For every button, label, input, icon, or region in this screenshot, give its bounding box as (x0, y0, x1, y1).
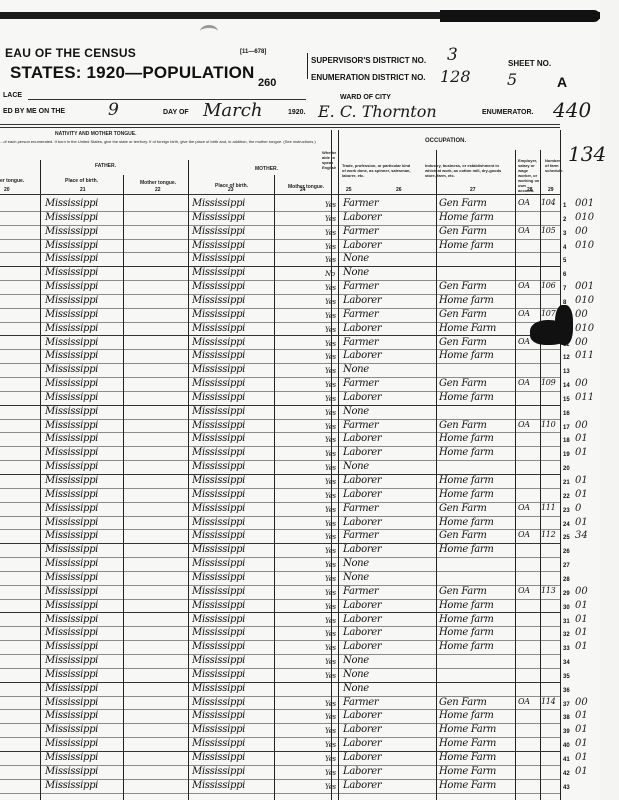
scan-edge-shadow (440, 10, 600, 22)
occupation-trade: Laborer (343, 614, 381, 625)
page-title: STATES: 1920—POPULATION (10, 63, 255, 83)
column-number: 28 (527, 187, 533, 193)
header-bottom-rule (0, 194, 560, 195)
mother-birthplace: Mississippi (192, 752, 245, 763)
line-number: 37 (563, 702, 570, 708)
speaks-english: Yes (325, 533, 336, 541)
father-birthplace: Mississippi (45, 600, 98, 611)
occupation-trade: Laborer (343, 433, 381, 444)
father-birthplace: Mississippi (45, 461, 98, 472)
father-label: FATHER. (95, 163, 116, 169)
speaks-english: Yes (325, 755, 336, 763)
mother-birthplace: Mississippi (192, 323, 245, 334)
occupation-trade: Laborer (343, 600, 381, 611)
occupation-trade: Farmer (343, 281, 378, 292)
header-rule (0, 124, 560, 125)
table-row: MississippiMississippiYesNone13 (0, 364, 600, 378)
line-number: 25 (563, 535, 570, 541)
father-birthplace: Mississippi (45, 517, 98, 528)
speaks-english: Yes (325, 478, 336, 486)
speaks-english: Yes (325, 284, 336, 292)
form-number: [11—678] (240, 49, 266, 55)
table-row: MississippiMississippiYesFarmerGen FarmO… (0, 337, 600, 351)
table-row: MississippiMississippiYesLaborerHome far… (0, 350, 600, 364)
ink-blot (555, 305, 573, 345)
occupation-trade: Farmer (343, 530, 378, 541)
occupation-code: 01 (575, 614, 588, 625)
line-number: 33 (563, 646, 570, 652)
occupation-industry: Home farm (439, 447, 494, 458)
table-row: MississippiMississippiNone36 (0, 683, 600, 697)
mother-tongue-partial: er tongue. (0, 178, 24, 184)
mother-birthplace: Mississippi (192, 544, 245, 555)
line-number: 43 (563, 785, 570, 791)
occupation-trade: Laborer (343, 780, 381, 791)
speaks-english: Yes (325, 464, 336, 472)
speaks-english: Yes (325, 215, 336, 223)
father-birthplace: Mississippi (45, 683, 98, 694)
employment-class: OA (518, 281, 530, 290)
speaks-english: Yes (325, 367, 336, 375)
father-birthplace: Mississippi (45, 323, 98, 334)
column-number: 26 (396, 187, 402, 193)
mother-birthplace: Mississippi (192, 586, 245, 597)
farm-schedule-number: 107 (541, 309, 555, 318)
occupation-trade: Laborer (343, 641, 381, 652)
speaks-english: Yes (325, 727, 336, 735)
occupation-industry: Home farm (439, 392, 494, 403)
table-row: MississippiMississippiYesLaborerHome far… (0, 600, 600, 614)
supervisor-district-label: SUPERVISOR'S DISTRICT NO. (311, 56, 426, 65)
speaks-english: Yes (325, 713, 336, 721)
occupation-industry: Gen Farm (439, 420, 487, 431)
mother-birthplace: Mississippi (192, 530, 245, 541)
mother-birthplace: Mississippi (192, 738, 245, 749)
occupation-industry: Gen Farm (439, 198, 487, 209)
table-row: MississippiMississippiYesFarmerGen FarmO… (0, 503, 600, 517)
table-row: MississippiMississippiYesNone20 (0, 461, 600, 475)
line-number: 3 (563, 231, 566, 237)
speaks-english: Yes (325, 381, 336, 389)
line-number: 41 (563, 757, 570, 763)
binding-hole (200, 25, 218, 38)
employment-class: OA (518, 503, 530, 512)
father-birthplace: Mississippi (45, 378, 98, 389)
column-number: 21 (80, 187, 86, 193)
occupation-industry: Gen Farm (439, 281, 487, 292)
father-birthplace: Mississippi (45, 641, 98, 652)
speaks-english: Yes (325, 229, 336, 237)
table-row: MississippiMississippiYesLaborerHome far… (0, 212, 600, 226)
census-sheet: EAU OF THE CENSUS [11—678] STATES: 1920—… (0, 0, 600, 800)
father-birthplace: Mississippi (45, 433, 98, 444)
father-birthplace: Mississippi (45, 655, 98, 666)
enumerator-label: ENUMERATOR. (482, 109, 533, 116)
mother-birthplace: Mississippi (192, 253, 245, 264)
occupation-trade: Farmer (343, 378, 378, 389)
line-number: 16 (563, 411, 570, 417)
occupation-trade: Farmer (343, 503, 378, 514)
mother-birthplace: Mississippi (192, 600, 245, 611)
mother-birthplace: Mississippi (192, 669, 245, 680)
line-number: 28 (563, 577, 570, 583)
occupation-industry: Gen Farm (439, 378, 487, 389)
father-birthplace: Mississippi (45, 364, 98, 375)
occupation-trade: None (343, 406, 369, 417)
line-number: 35 (563, 674, 570, 680)
speaks-english: Yes (325, 603, 336, 611)
mother-birthplace: Mississippi (192, 337, 245, 348)
occupation-code: 00 (575, 337, 588, 348)
speaks-english: Yes (325, 658, 336, 666)
employment-class: OA (518, 530, 530, 539)
table-row: MississippiMississippiYesFarmerGen FarmO… (0, 309, 600, 323)
line-number: 13 (563, 369, 570, 375)
father-birthplace: Mississippi (45, 710, 98, 721)
english-header: Whether able to speak English. (322, 150, 336, 180)
father-birthplace: Mississippi (45, 198, 98, 209)
employment-class: OA (518, 420, 530, 429)
speaks-english: Yes (325, 741, 336, 749)
occupation-trade-header: Trade, profession, or particular kind of… (342, 163, 414, 178)
mother-birthplace: Mississippi (192, 641, 245, 652)
occupation-industry: Home Farm (439, 738, 496, 749)
mother-birthplace: Mississippi (192, 447, 245, 458)
occupation-trade: Laborer (343, 724, 381, 735)
table-row: MississippiMississippiYesLaborerHome far… (0, 614, 600, 628)
mother-birthplace: Mississippi (192, 766, 245, 777)
mother-label: MOTHER. (255, 166, 278, 172)
occupation-code: 01 (575, 752, 588, 763)
mother-birthplace: Mississippi (192, 420, 245, 431)
father-birthplace: Mississippi (45, 780, 98, 791)
occupation-title: OCCUPATION. (425, 138, 466, 144)
mother-birthplace: Mississippi (192, 406, 245, 417)
occupation-code: 00 (575, 226, 588, 237)
occupation-code: 00 (575, 309, 588, 320)
occupation-trade: Laborer (343, 392, 381, 403)
table-row: MississippiMississippiYesLaborerHome Far… (0, 738, 600, 752)
table-row: MississippiMississippiYesLaborerHome Far… (0, 752, 600, 766)
occupation-industry: Home Farm (439, 323, 496, 334)
table-row: MississippiMississippiYesFarmerGen FarmO… (0, 198, 600, 212)
occupation-industry: Gen Farm (439, 586, 487, 597)
mother-birthplace: Mississippi (192, 503, 245, 514)
line-number: 34 (563, 660, 570, 666)
speaks-english: Yes (325, 492, 336, 500)
occupation-code: 00 (575, 378, 588, 389)
occupation-trade: None (343, 572, 369, 583)
mother-birthplace: Mississippi (192, 364, 245, 375)
line-number: 42 (563, 771, 570, 777)
farm-schedule-number: 106 (541, 281, 555, 290)
line-number: 20 (563, 466, 570, 472)
line-number: 5 (563, 258, 566, 264)
father-birthplace: Mississippi (45, 392, 98, 403)
mother-birthplace: Mississippi (192, 655, 245, 666)
occupation-industry: Home farm (439, 240, 494, 251)
line-number: 29 (563, 591, 570, 597)
occupation-code: 34 (575, 530, 588, 541)
occupation-trade: Farmer (343, 337, 378, 348)
farm-schedule-number: 110 (541, 420, 555, 429)
column-number: 22 (155, 187, 161, 193)
employment-class: OA (518, 378, 530, 387)
occupation-industry: Home farm (439, 544, 494, 555)
occupation-trade: Laborer (343, 489, 381, 500)
table-row: MississippiMississippiYesLaborerHome far… (0, 447, 600, 461)
line-number: 27 (563, 563, 570, 569)
mother-birthplace: Mississippi (192, 461, 245, 472)
enumeration-day: 9 (108, 100, 119, 120)
father-birthplace: Mississippi (45, 669, 98, 680)
occupation-code: 010 (575, 212, 594, 223)
occupation-industry: Gen Farm (439, 337, 487, 348)
occupation-trade: Laborer (343, 447, 381, 458)
speaks-english: Yes (325, 561, 336, 569)
occupation-trade: Farmer (343, 586, 378, 597)
mother-birthplace: Mississippi (192, 281, 245, 292)
line-number: 24 (563, 522, 570, 528)
occupation-trade: None (343, 683, 369, 694)
column-number: 20 (4, 187, 10, 193)
mother-birthplace: Mississippi (192, 378, 245, 389)
speaks-english: Yes (325, 630, 336, 638)
line-number: 14 (563, 383, 570, 389)
occupation-trade: None (343, 267, 369, 278)
employment-class: OA (518, 226, 530, 235)
table-row: MississippiMississippiYesLaborerHome far… (0, 392, 600, 406)
table-row: MississippiMississippiYesNone16 (0, 406, 600, 420)
year-label: 1920. (288, 109, 306, 116)
farm-schedule-header: Number of farm schedule. (545, 158, 559, 173)
speaks-english: Yes (325, 436, 336, 444)
occupation-trade: Farmer (343, 420, 378, 431)
day-of-label: DAY OF (163, 109, 189, 116)
occupation-code: 011 (575, 392, 594, 403)
occupation-code: 00 (575, 420, 588, 431)
table-row: MississippiMississippiYesFarmerGen FarmO… (0, 586, 600, 600)
occupation-trade: None (343, 461, 369, 472)
table-row: MississippiMississippiYesLaborerHome Far… (0, 323, 600, 337)
line-number: 1 (563, 203, 566, 209)
mother-birthplace: Mississippi (192, 240, 245, 251)
occupation-trade: Laborer (343, 295, 381, 306)
occupation-industry: Home farm (439, 489, 494, 500)
table-row: MississippiMississippiYesNone35 (0, 669, 600, 683)
table-row: MississippiMississippiYesLaborerHome Far… (0, 780, 600, 794)
father-birthplace: Mississippi (45, 530, 98, 541)
line-number: 7 (563, 286, 566, 292)
farm-schedule-number: 111 (541, 503, 555, 512)
occupation-trade: None (343, 558, 369, 569)
occupation-industry: Home Farm (439, 752, 496, 763)
column-number: 23 (228, 187, 234, 193)
mother-birthplace: Mississippi (192, 475, 245, 486)
speaks-english: Yes (325, 353, 336, 361)
occupation-code: 00 (575, 586, 588, 597)
speaks-english: Yes (325, 589, 336, 597)
mother-birthplace: Mississippi (192, 267, 245, 278)
table-row: MississippiMississippiYesLaborerHome far… (0, 627, 600, 641)
occupation-industry: Home farm (439, 212, 494, 223)
mother-birthplace: Mississippi (192, 226, 245, 237)
line-number: 22 (563, 494, 570, 500)
father-birthplace: Mississippi (45, 406, 98, 417)
occupation-industry: Home Farm (439, 780, 496, 791)
mother-birthplace: Mississippi (192, 517, 245, 528)
farm-schedule-number: 113 (541, 586, 555, 595)
line-number: 31 (563, 619, 570, 625)
occupation-trade: Laborer (343, 710, 381, 721)
occupation-industry: Gen Farm (439, 697, 487, 708)
table-row: MississippiMississippiYesNone5 (0, 253, 600, 267)
occupation-code: 01 (575, 475, 588, 486)
table-row: MississippiMississippiYesLaborerHome Far… (0, 766, 600, 780)
occupation-industry-header: Industry, business, or establishment in … (425, 163, 505, 178)
table-row: MississippiMississippiYesFarmerGen FarmO… (0, 281, 600, 295)
mother-birthplace: Mississippi (192, 724, 245, 735)
occupation-trade: Laborer (343, 212, 381, 223)
occupation-code: 01 (575, 600, 588, 611)
sheet-number-value: 5 (507, 70, 517, 89)
column-number: 27 (470, 187, 476, 193)
father-birthplace: Mississippi (45, 240, 98, 251)
column-number: 24 (300, 187, 306, 193)
occupation-code: 011 (575, 350, 594, 361)
speaks-english: Yes (325, 326, 336, 334)
enumeration-district-label: ENUMERATION DISTRICT NO. (311, 73, 426, 82)
employment-class: OA (518, 586, 530, 595)
father-birthplace: Mississippi (45, 614, 98, 625)
line-number: 12 (563, 355, 570, 361)
occupation-industry: Home farm (439, 641, 494, 652)
speaks-english: Yes (325, 672, 336, 680)
mother-birthplace: Mississippi (192, 295, 245, 306)
occupation-trade: None (343, 253, 369, 264)
occupation-trade: Laborer (343, 752, 381, 763)
line-number: 17 (563, 425, 570, 431)
occupation-industry: Gen Farm (439, 309, 487, 320)
column-number: 29 (548, 187, 554, 193)
nativity-instructions: ...of each person enumerated. If born in… (0, 139, 320, 144)
employment-class: OA (518, 337, 530, 346)
occupation-industry: Home farm (439, 710, 494, 721)
mother-birthplace: Mississippi (192, 433, 245, 444)
speaks-english: Yes (325, 769, 336, 777)
occupation-trade: Laborer (343, 627, 381, 638)
occupation-code: 01 (575, 447, 588, 458)
father-birthplace: Mississippi (45, 475, 98, 486)
table-row: MississippiMississippiYesFarmerGen FarmO… (0, 530, 600, 544)
occupation-code: 010 (575, 295, 594, 306)
table-row: MississippiMississippiYesNone34 (0, 655, 600, 669)
employment-class: OA (518, 309, 530, 318)
speaks-english: Yes (325, 520, 336, 528)
occupation-code: 010 (575, 323, 594, 334)
father-birthplace: Mississippi (45, 420, 98, 431)
employment-class: OA (518, 198, 530, 207)
enumerator-number: 440 (553, 98, 591, 122)
father-birthplace: Mississippi (45, 572, 98, 583)
speaks-english: No (325, 270, 335, 278)
speaks-english: Yes (325, 423, 336, 431)
table-row: MississippiMississippiYesLaborerHome far… (0, 489, 600, 503)
occupation-industry: Home farm (439, 600, 494, 611)
line-number: 36 (563, 688, 570, 694)
enumeration-district-value: 128 (440, 67, 471, 86)
farm-schedule-number: 109 (541, 378, 555, 387)
line-number: 23 (563, 508, 570, 514)
occupation-industry: Home farm (439, 350, 494, 361)
occupation-industry: Home Farm (439, 766, 496, 777)
father-birthplace: Mississippi (45, 212, 98, 223)
mother-birthplace: Mississippi (192, 212, 245, 223)
occupation-trade: None (343, 655, 369, 666)
line-number: 21 (563, 480, 570, 486)
mother-birthplace: Mississippi (192, 614, 245, 625)
line-number: 19 (563, 452, 570, 458)
father-birthplace: Mississippi (45, 627, 98, 638)
occupation-industry: Home farm (439, 433, 494, 444)
occupation-code: 01 (575, 738, 588, 749)
table-row: MississippiMississippiYesLaborerHome far… (0, 641, 600, 655)
father-place-of-birth: Place of birth. (65, 178, 98, 184)
speaks-english: Yes (325, 617, 336, 625)
father-birthplace: Mississippi (45, 586, 98, 597)
father-birthplace: Mississippi (45, 766, 98, 777)
line-number: 18 (563, 438, 570, 444)
table-row: MississippiMississippiYesLaborerHome Far… (0, 724, 600, 738)
place-line (28, 99, 306, 100)
father-birthplace: Mississippi (45, 738, 98, 749)
table-row: MississippiMississippiYesLaborerHome far… (0, 433, 600, 447)
occupation-code: 01 (575, 766, 588, 777)
occupation-trade: Farmer (343, 226, 378, 237)
speaks-english: Yes (325, 506, 336, 514)
table-row: MississippiMississippiYesNone28 (0, 572, 600, 586)
mother-birthplace: Mississippi (192, 697, 245, 708)
line-number: 40 (563, 743, 570, 749)
father-mother-tongue: Mother tongue. (140, 180, 176, 186)
enumeration-month: March (203, 100, 262, 121)
enumerator-signature: E. C. Thornton (318, 102, 437, 121)
father-birthplace: Mississippi (45, 309, 98, 320)
enumerated-label: ED BY ME ON THE (3, 108, 65, 115)
speaks-english: Yes (325, 256, 336, 264)
speaks-english: Yes (325, 201, 336, 209)
bureau-heading: EAU OF THE CENSUS (5, 46, 136, 60)
line-number: 32 (563, 632, 570, 638)
occupation-trade: Laborer (343, 350, 381, 361)
nativity-title: NATIVITY AND MOTHER TONGUE. (55, 131, 136, 137)
speaks-english: Yes (325, 298, 336, 306)
occupation-trade: Farmer (343, 198, 378, 209)
column-number: 25 (346, 187, 352, 193)
occupation-industry: Home farm (439, 517, 494, 528)
speaks-english: Yes (325, 243, 336, 251)
mother-birthplace: Mississippi (192, 780, 245, 791)
speaks-english: Yes (325, 340, 336, 348)
table-row: MississippiMississippiYesLaborerHome far… (0, 710, 600, 724)
occupation-industry: Home farm (439, 475, 494, 486)
occupation-industry: Home farm (439, 627, 494, 638)
speaks-english: Yes (325, 409, 336, 417)
occupation-trade: Laborer (343, 738, 381, 749)
father-birthplace: Mississippi (45, 226, 98, 237)
table-row: MississippiMississippiNoNone6 (0, 267, 600, 281)
sheet-number-label: SHEET NO. (508, 59, 551, 68)
